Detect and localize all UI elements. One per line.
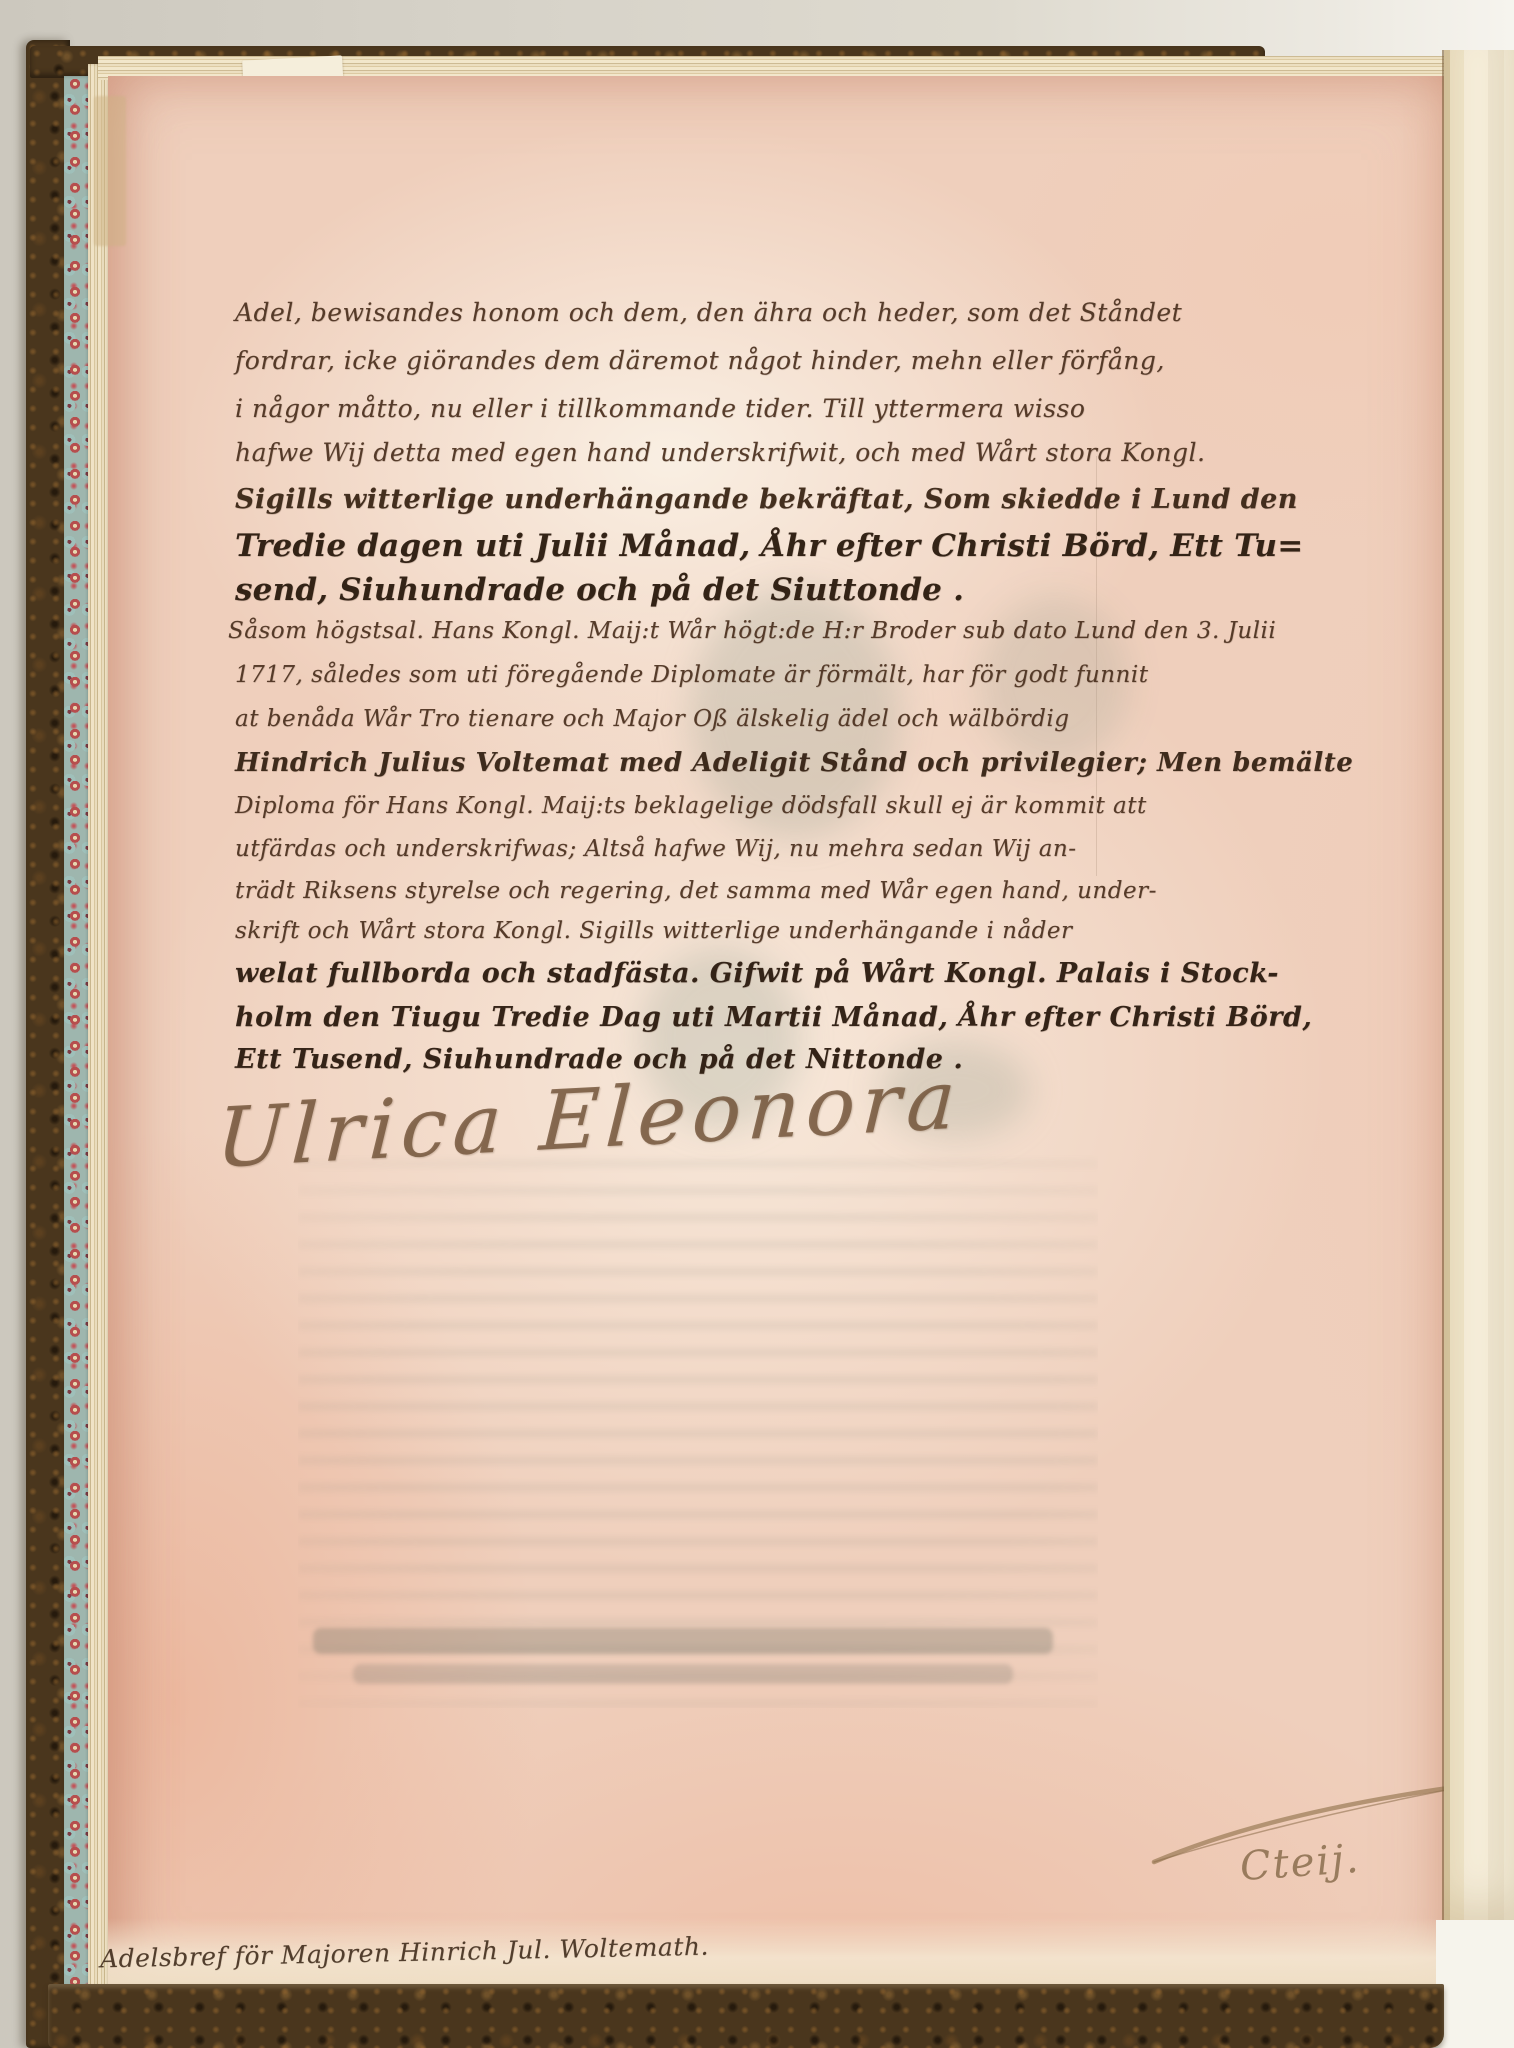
- manuscript-page: Adel, bewisandes honom och dem, den ähra…: [108, 76, 1445, 1990]
- manuscript-line: Hindrich Julius Voltemat med Adeligit St…: [235, 748, 1353, 778]
- manuscript-line: skrift och Wårt stora Kongl. Sigills wit…: [235, 918, 1072, 944]
- page-edges-left: [88, 64, 110, 1990]
- manuscript-line: at benåda Wår Tro tienare och Major Oß ä…: [235, 706, 1069, 732]
- manuscript-line: Diploma för Hans Kongl. Maij:ts beklagel…: [235, 793, 1147, 819]
- manuscript-line: i någor måtto, nu eller i tillkommande t…: [235, 394, 1085, 423]
- page-fold-edge: [1442, 50, 1514, 1932]
- manuscript-line: send, Siuhundrade och på det Siuttonde .: [235, 572, 964, 608]
- tape-repair: [94, 96, 126, 246]
- folio-mark: Cteij.: [1239, 1836, 1362, 1890]
- scan-corner: [1436, 1920, 1514, 2048]
- manuscript-scan: Adel, bewisandes honom och dem, den ähra…: [0, 0, 1514, 2048]
- manuscript-line: hafwe Wij detta med egen hand underskrif…: [235, 438, 1205, 467]
- manuscript-line: holm den Tiugu Tredie Dag uti Martii Mån…: [235, 1002, 1312, 1033]
- book-cover-bottom-edge: [48, 1984, 1444, 2048]
- manuscript-line: welat fullborda och stadfästa. Gifwit på…: [235, 958, 1279, 989]
- manuscript-line: trädt Riksens styrelse och regering, det…: [235, 878, 1157, 904]
- bleed-through-dark-line: [353, 1664, 1013, 1684]
- manuscript-line: fordrar, icke giörandes dem däremot någo…: [235, 346, 1165, 375]
- bleed-through-dark-line: [313, 1628, 1053, 1654]
- manuscript-line: utfärdas och underskrifwas; Altså hafwe …: [235, 836, 1077, 862]
- bleed-through-text: [298, 1148, 1098, 1708]
- manuscript-line: 1717, således som uti föregående Diploma…: [235, 662, 1148, 688]
- manuscript-line: Sigills witterlige underhängande bekräft…: [235, 484, 1298, 515]
- manuscript-line: Tredie dagen uti Julii Månad, Åhr efter …: [235, 528, 1303, 564]
- manuscript-line: Såsom högstsal. Hans Kongl. Maij:t Wår h…: [228, 618, 1276, 644]
- marbled-endpaper: [64, 76, 90, 1990]
- manuscript-line: Adel, bewisandes honom och dem, den ähra…: [235, 298, 1182, 327]
